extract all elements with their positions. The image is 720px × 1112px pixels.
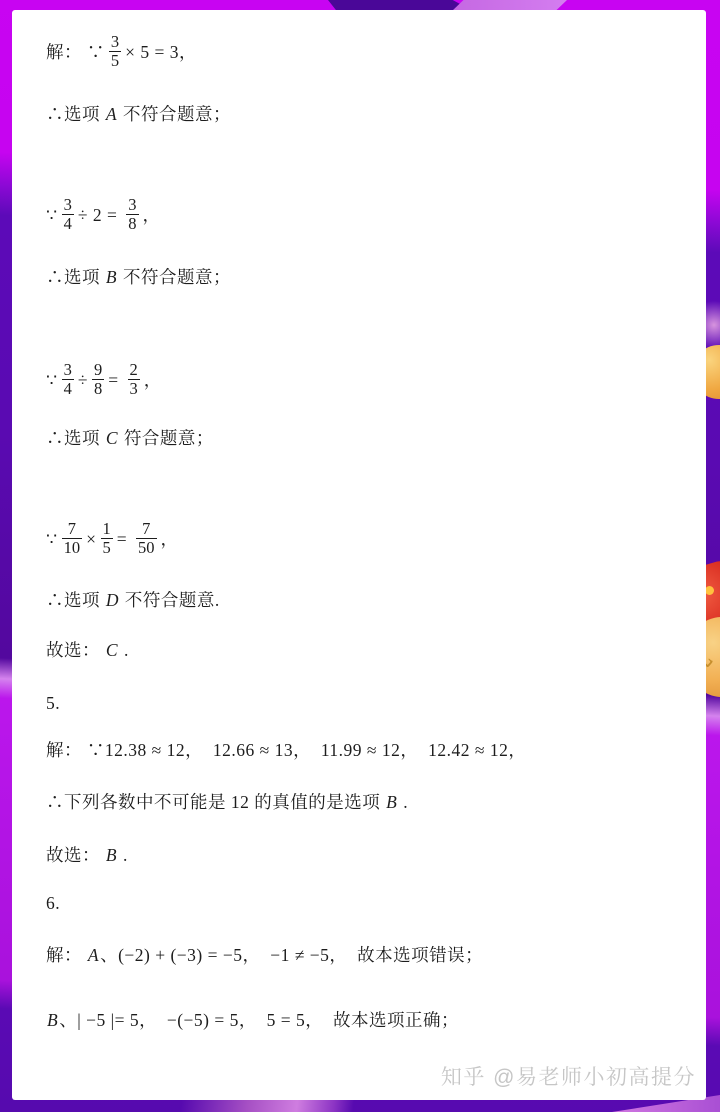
- text-run: 故选：: [46, 845, 105, 865]
- text-run: .: [398, 792, 408, 812]
- text-run: .: [119, 640, 129, 660]
- text-run: A: [105, 104, 118, 124]
- q4-step-b-conclusion: ∴选项 B 不符合题意；: [46, 266, 231, 288]
- text-run: × 5 = 3，: [125, 42, 197, 62]
- fraction-denominator: 8: [126, 214, 138, 233]
- fraction-numerator: 7: [62, 520, 83, 538]
- text-run: C: [105, 428, 119, 448]
- text-run: 解：: [46, 945, 87, 965]
- text-run: ∴选项: [46, 267, 105, 287]
- fraction-numerator: 2: [128, 361, 140, 379]
- q5-solution: 解： ∵12.38 ≈ 12， 12.66 ≈ 13， 11.99 ≈ 12， …: [46, 739, 526, 761]
- document-page: 解： ∵35× 5 = 3，∴选项 A 不符合题意；∵34÷ 2 = 38，∴选…: [12, 10, 706, 1100]
- text-run: 解： ∵: [46, 42, 105, 62]
- q4-step-d-conclusion: ∴选项 D 不符合题意.: [46, 589, 220, 611]
- fraction: 98: [92, 361, 104, 399]
- text-run: B: [385, 792, 398, 812]
- q4-step-a-formula: 解： ∵35× 5 = 3，: [46, 35, 197, 73]
- text-run: ÷: [78, 370, 88, 390]
- fraction-denominator: 5: [101, 538, 113, 557]
- text-run: ∴选项: [46, 428, 105, 448]
- q5-answer: 故选： B .: [46, 844, 128, 866]
- fraction: 35: [109, 33, 121, 71]
- text-run: 解： ∵12.38 ≈ 12， 12.66 ≈ 13， 11.99 ≈ 12， …: [46, 740, 526, 760]
- text-run: 不符合题意.: [120, 590, 220, 610]
- text-run: 、| −5 |= 5， −(−5) = 5， 5 = 5， 故本选项正确；: [59, 1010, 459, 1030]
- text-run: =: [108, 370, 123, 390]
- text-run: B: [46, 1010, 59, 1030]
- text-run: ，: [144, 370, 162, 390]
- bottom-border-pink-streak: [162, 1100, 407, 1112]
- fraction-denominator: 3: [128, 379, 140, 398]
- fraction: 710: [62, 520, 83, 558]
- text-run: ∴选项: [46, 590, 105, 610]
- fraction: 34: [62, 361, 74, 399]
- fraction: 750: [136, 520, 157, 558]
- fraction-denominator: 10: [62, 538, 83, 557]
- text-run: =: [117, 529, 132, 549]
- q4-step-c-formula: ∵34÷98= 23，: [46, 363, 162, 401]
- text-run: 故选：: [46, 640, 105, 660]
- q4-answer: 故选： C .: [46, 639, 129, 661]
- text-run: ÷ 2 =: [78, 205, 122, 225]
- text-run: ∴下列各数中不可能是 12 的真值的是选项: [46, 792, 385, 812]
- text-run: ∵: [46, 205, 58, 225]
- red-packet-gold-dot: [705, 586, 714, 595]
- text-run: ×: [86, 529, 96, 549]
- fraction-numerator: 9: [92, 361, 104, 379]
- fraction: 23: [128, 361, 140, 399]
- text-run: ∵: [46, 370, 58, 390]
- text-run: ∴选项: [46, 104, 105, 124]
- q5-conclusion: ∴下列各数中不可能是 12 的真值的是选项 B .: [46, 791, 408, 813]
- fraction-numerator: 3: [62, 361, 74, 379]
- q4-step-b-formula: ∵34÷ 2 = 38，: [46, 198, 161, 236]
- q5-number: 5.: [46, 692, 60, 714]
- q6-number: 6.: [46, 892, 60, 914]
- q4-step-c-conclusion: ∴选项 C 符合题意；: [46, 427, 214, 449]
- fraction-denominator: 8: [92, 379, 104, 398]
- text-run: 6.: [46, 893, 60, 913]
- text-run: 符合题意；: [119, 428, 214, 448]
- fraction-denominator: 5: [109, 51, 121, 70]
- text-run: C: [105, 640, 119, 660]
- fraction-numerator: 1: [101, 520, 113, 538]
- text-run: 5.: [46, 693, 60, 713]
- zhihu-watermark: 知乎 @易老师小初高提分: [441, 1061, 696, 1091]
- q4-step-a-conclusion: ∴选项 A 不符合题意；: [46, 103, 231, 125]
- fraction-numerator: 3: [62, 196, 74, 214]
- fraction-numerator: 3: [109, 33, 121, 51]
- text-run: ，: [161, 529, 179, 549]
- q6-option-a: 解： A、(−2) + (−3) = −5， −1 ≠ −5， 故本选项错误；: [46, 944, 483, 966]
- text-run: B: [105, 267, 118, 287]
- fraction: 38: [126, 196, 138, 234]
- text-run: 、(−2) + (−3) = −5， −1 ≠ −5， 故本选项错误；: [100, 945, 483, 965]
- fraction-numerator: 3: [126, 196, 138, 214]
- q6-option-b: B、| −5 |= 5， −(−5) = 5， 5 = 5， 故本选项正确；: [46, 1009, 459, 1031]
- fraction-denominator: 50: [136, 538, 157, 557]
- text-run: ∵: [46, 529, 58, 549]
- text-run: .: [118, 845, 128, 865]
- text-run: 不符合题意；: [118, 104, 231, 124]
- fraction-denominator: 4: [62, 214, 74, 233]
- text-run: 不符合题意；: [118, 267, 231, 287]
- decorated-frame: 元 解： ∵35× 5 = 3，∴选项 A 不符合题意；∵34÷ 2 = 38，…: [0, 0, 720, 1112]
- text-run: A: [87, 945, 100, 965]
- fraction-denominator: 4: [62, 379, 74, 398]
- q4-step-d-formula: ∵710×15= 750，: [46, 522, 179, 560]
- text-run: ，: [143, 205, 161, 225]
- fraction: 34: [62, 196, 74, 234]
- text-run: D: [105, 590, 120, 610]
- text-run: B: [105, 845, 118, 865]
- fraction: 15: [101, 520, 113, 558]
- fraction-numerator: 7: [136, 520, 157, 538]
